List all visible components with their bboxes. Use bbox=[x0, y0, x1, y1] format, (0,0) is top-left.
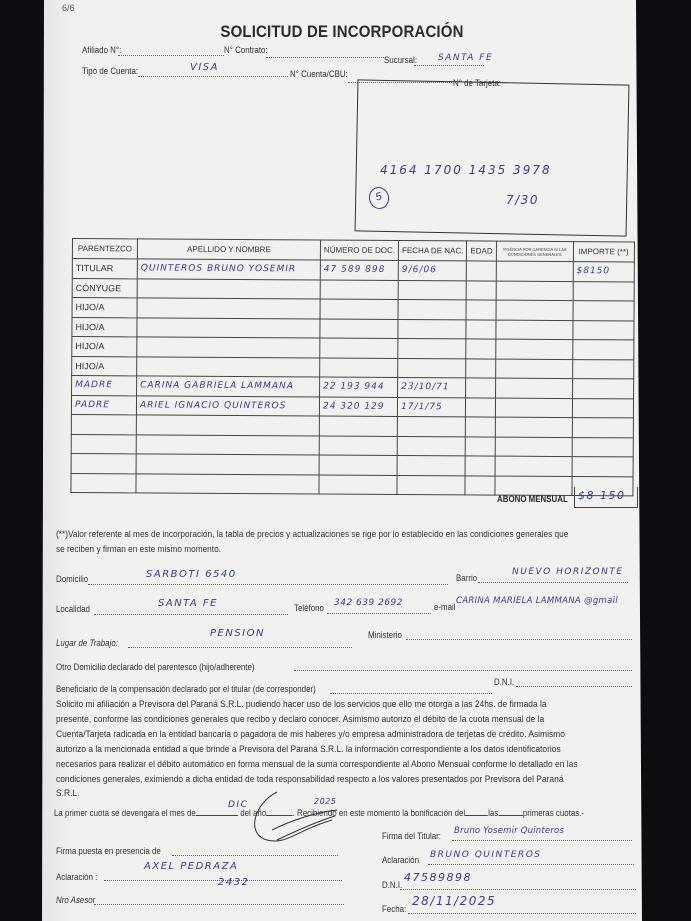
cell-vigencia[interactable] bbox=[495, 398, 572, 418]
cell-vigencia[interactable] bbox=[495, 359, 572, 379]
legal-text: Solicito mi afiliación a Previsora del P… bbox=[56, 697, 578, 801]
lugar-trabajo-value: PENSION bbox=[210, 628, 265, 639]
col-edad: EDAD bbox=[467, 241, 496, 261]
cell-parentezco[interactable] bbox=[71, 473, 136, 493]
cell-parentezco[interactable]: HIJO/A bbox=[72, 317, 137, 337]
domicilio-field[interactable] bbox=[88, 584, 448, 585]
asesor-label: Nro Asesor bbox=[56, 895, 95, 905]
family-table: PARENTEZCO APELLIDO Y NOMBRE NÚMERO DE D… bbox=[70, 238, 634, 496]
cell-vigencia[interactable] bbox=[495, 437, 572, 457]
cell-nombre[interactable] bbox=[137, 317, 320, 338]
aclaracion-titular-value: BRUNO QUINTEROS bbox=[430, 850, 542, 860]
cuota-las-label: las bbox=[488, 808, 498, 818]
cell-parentezco[interactable] bbox=[71, 434, 136, 454]
contrato-label: N° Contrato: bbox=[224, 45, 268, 55]
cell-doc[interactable] bbox=[320, 338, 398, 358]
cell-nac[interactable] bbox=[397, 416, 465, 436]
cell-doc[interactable] bbox=[320, 299, 398, 319]
cell-parentezco[interactable]: HIJO/A bbox=[72, 337, 137, 357]
fecha-field[interactable] bbox=[408, 913, 636, 914]
cell-nac[interactable] bbox=[398, 358, 466, 378]
cell-vigencia[interactable] bbox=[496, 281, 573, 301]
aclaracion-label: Aclaración : bbox=[56, 872, 97, 882]
titular-dni-field[interactable] bbox=[400, 889, 636, 890]
titular-dni-value: 47589898 bbox=[404, 871, 472, 884]
aclaracion-titular-field[interactable] bbox=[428, 864, 634, 865]
cell-doc[interactable] bbox=[320, 319, 398, 339]
col-doc: NÚMERO DE DOC. bbox=[320, 240, 398, 260]
cell-edad[interactable] bbox=[466, 378, 495, 398]
cell-importe[interactable]: $8150 bbox=[573, 262, 634, 282]
cell-vigencia[interactable] bbox=[495, 456, 572, 476]
cell-vigencia[interactable] bbox=[495, 339, 572, 359]
cell-nac[interactable] bbox=[397, 436, 465, 456]
price-note: (**)Valor referente al mes de incorporac… bbox=[56, 527, 578, 557]
sucursal-label: Sucursal: bbox=[384, 55, 417, 65]
cell-importe[interactable] bbox=[572, 398, 633, 418]
cell-parentezco[interactable]: MADRE bbox=[72, 376, 137, 396]
cell-nac[interactable]: 9/6/06 bbox=[398, 260, 466, 280]
ministerio-label: Ministerio bbox=[368, 630, 402, 640]
lugar-trabajo-label: Lugar de Trabajo: bbox=[56, 638, 118, 648]
domicilio-label: Domicilio bbox=[56, 574, 88, 584]
asesor-field[interactable] bbox=[94, 904, 344, 905]
barrio-label: Barrio bbox=[456, 573, 477, 583]
cell-importe[interactable] bbox=[572, 457, 633, 477]
cell-nombre[interactable] bbox=[136, 473, 319, 494]
cell-nac[interactable]: 17/1/75 bbox=[398, 397, 466, 417]
cell-parentezco[interactable]: PADRE bbox=[71, 395, 136, 415]
cell-importe[interactable] bbox=[572, 418, 633, 438]
cell-nac[interactable] bbox=[398, 338, 466, 358]
tipo-cuenta-field[interactable] bbox=[138, 76, 288, 77]
cell-doc[interactable]: 47 589 898 bbox=[320, 260, 398, 280]
form-title: SOLICITUD DE INCORPORACIÓN bbox=[78, 22, 606, 42]
cell-nombre[interactable]: CARINA GABRIELA LAMMANA bbox=[137, 376, 320, 397]
cell-parentezco[interactable] bbox=[71, 453, 136, 473]
cell-nac[interactable] bbox=[397, 475, 465, 495]
cell-edad[interactable] bbox=[466, 417, 495, 437]
cell-nombre[interactable] bbox=[136, 454, 319, 475]
cell-nac[interactable] bbox=[398, 299, 466, 319]
cuota-suffix: primeras cuotas.- bbox=[523, 808, 584, 818]
localidad-label: Localidad bbox=[56, 604, 90, 614]
barrio-value: NUEVO HORIZONTE bbox=[512, 567, 624, 577]
cell-edad[interactable] bbox=[466, 436, 495, 456]
cell-doc[interactable] bbox=[319, 436, 397, 456]
cell-nac[interactable] bbox=[398, 280, 466, 300]
cell-nombre[interactable]: ARIEL IGNACIO QUINTEROS bbox=[136, 395, 319, 416]
advisor-signature bbox=[247, 790, 337, 850]
cell-importe[interactable] bbox=[573, 281, 634, 301]
cell-edad[interactable] bbox=[467, 261, 496, 281]
cell-edad[interactable] bbox=[466, 358, 495, 378]
cell-importe[interactable] bbox=[572, 359, 633, 379]
las-field[interactable] bbox=[498, 815, 523, 816]
cell-edad[interactable] bbox=[466, 397, 495, 417]
email-value: CARINA MARIELA LAMMANA @gmail bbox=[456, 596, 618, 606]
cell-vigencia[interactable] bbox=[495, 476, 572, 496]
cuota-mes-field[interactable] bbox=[196, 815, 238, 816]
col-vigencia: VIGENCIA POR CARENCIA S/ LAS CONDICIONES… bbox=[496, 241, 573, 261]
cell-vigencia[interactable] bbox=[496, 320, 573, 340]
cell-doc[interactable] bbox=[319, 475, 397, 495]
cell-importe[interactable] bbox=[572, 379, 633, 399]
cell-nombre[interactable] bbox=[137, 356, 320, 377]
presencia-label: Firma puesta en presencia de bbox=[56, 846, 161, 856]
afiliado-label: Afiliado N°: bbox=[82, 45, 121, 55]
cell-parentezco[interactable] bbox=[71, 414, 136, 434]
cell-edad[interactable] bbox=[466, 456, 495, 476]
firma-titular-value: Bruno Yosemir Quinteros bbox=[454, 826, 564, 836]
cell-parentezco[interactable]: HIJO/A bbox=[72, 298, 137, 318]
cell-doc[interactable]: 24 320 129 bbox=[319, 397, 397, 417]
beneficiario-dni-label: D.N.I. bbox=[494, 677, 514, 687]
cell-importe[interactable] bbox=[573, 301, 634, 321]
cell-vigencia[interactable] bbox=[496, 300, 573, 320]
card-number-value: 4164 1700 1435 3978 bbox=[380, 163, 552, 177]
presencia-field[interactable] bbox=[172, 855, 338, 856]
cell-importe[interactable] bbox=[573, 320, 634, 340]
cell-importe[interactable] bbox=[572, 437, 633, 457]
col-importe: IMPORTE (**) bbox=[573, 242, 634, 262]
cell-parentezco[interactable]: CÓNYUGE bbox=[72, 278, 137, 298]
cell-parentezco[interactable]: HIJO/A bbox=[72, 356, 137, 376]
cell-doc[interactable] bbox=[320, 280, 398, 300]
cell-edad[interactable] bbox=[466, 300, 495, 320]
cell-nombre[interactable] bbox=[137, 337, 320, 358]
tipo-cuenta-label: Tipo de Cuenta: bbox=[82, 66, 138, 76]
abono-value: $8 150 bbox=[578, 489, 626, 502]
telefono-label: Teléfono bbox=[294, 603, 324, 613]
sucursal-field[interactable] bbox=[414, 65, 484, 66]
col-nac: FECHA DE NAC. bbox=[398, 240, 466, 260]
aclaracion-value: AXEL PEDRAZA bbox=[144, 861, 238, 872]
cell-edad[interactable] bbox=[466, 319, 495, 339]
cuota-mes-value: DIC bbox=[228, 800, 248, 810]
cell-doc[interactable]: 22 193 944 bbox=[320, 377, 398, 397]
afiliado-field[interactable] bbox=[118, 55, 224, 56]
aclaracion-titular-label: Aclaración bbox=[382, 855, 419, 865]
col-parentezco: PARENTEZCO bbox=[72, 239, 137, 259]
contrato-field[interactable] bbox=[266, 57, 384, 58]
cell-nac[interactable] bbox=[398, 319, 466, 339]
table-row bbox=[71, 473, 633, 496]
telefono-value: 342 639 2692 bbox=[334, 598, 403, 608]
card-number-box[interactable] bbox=[355, 79, 630, 236]
tipo-cuenta-value: VISA bbox=[190, 62, 219, 73]
localidad-value: SANTA FE bbox=[158, 598, 218, 609]
cell-vigencia[interactable] bbox=[495, 378, 572, 398]
page-number: 6/6 bbox=[62, 3, 75, 13]
cell-nombre[interactable] bbox=[136, 415, 319, 436]
domicilio-value: SARBOTI 6540 bbox=[146, 569, 237, 580]
cell-parentezco[interactable]: TITULAR bbox=[72, 259, 137, 279]
cell-importe[interactable] bbox=[572, 340, 633, 360]
asesor-value: 2432 bbox=[218, 877, 249, 888]
cell-doc[interactable] bbox=[319, 455, 397, 475]
telefono-field[interactable] bbox=[327, 613, 431, 614]
form-page: 6/6 SOLICITUD DE INCORPORACIÓN Afiliado … bbox=[42, 0, 642, 921]
email-label: e-mail bbox=[434, 602, 456, 612]
firma-titular-label: Firma del Titular: bbox=[382, 831, 441, 841]
cell-nombre[interactable]: QUINTEROS BRUNO YOSEMIR bbox=[137, 259, 320, 280]
cell-edad[interactable] bbox=[466, 339, 495, 359]
cuota-prefix: La primer cuota se devengara el mes de bbox=[54, 808, 196, 818]
col-nombre: APELLIDO Y NOMBRE bbox=[137, 239, 320, 260]
sucursal-value: SANTA FE bbox=[438, 53, 493, 63]
otro-domicilio-label: Otro Domicilio declarado del parentesco … bbox=[56, 662, 255, 672]
ministerio-field[interactable] bbox=[406, 639, 632, 640]
localidad-field[interactable] bbox=[94, 614, 288, 615]
abono-label: ABONO MENSUAL bbox=[497, 494, 568, 504]
cuenta-cbu-label: N° Cuenta/CBU: bbox=[290, 69, 348, 79]
cell-doc[interactable] bbox=[320, 358, 398, 378]
bonificacion-field[interactable] bbox=[465, 815, 488, 816]
cell-vigencia[interactable] bbox=[495, 417, 572, 437]
cell-edad[interactable] bbox=[467, 280, 496, 300]
card-expiry-value: 7/30 bbox=[506, 193, 539, 207]
beneficiario-dni-field[interactable] bbox=[516, 686, 632, 687]
fecha-value: 28/11/2025 bbox=[412, 894, 496, 908]
firma-titular-field[interactable] bbox=[452, 840, 632, 841]
cell-nombre[interactable] bbox=[137, 278, 320, 299]
cell-nac[interactable]: 23/10/71 bbox=[398, 377, 466, 397]
beneficiario-label: Beneficiario de la compensación declarad… bbox=[56, 684, 316, 694]
cell-nac[interactable] bbox=[397, 455, 465, 475]
cell-nombre[interactable] bbox=[136, 434, 319, 455]
cell-doc[interactable] bbox=[319, 416, 397, 436]
beneficiario-field[interactable] bbox=[330, 693, 492, 694]
cell-nombre[interactable] bbox=[137, 298, 320, 319]
cell-vigencia[interactable] bbox=[496, 261, 573, 281]
cell-edad[interactable] bbox=[465, 475, 494, 495]
fecha-label: Fecha: bbox=[382, 904, 406, 914]
lugar-trabajo-field[interactable] bbox=[128, 647, 352, 648]
barrio-field[interactable] bbox=[478, 582, 628, 583]
otro-domicilio-field[interactable] bbox=[294, 670, 632, 671]
